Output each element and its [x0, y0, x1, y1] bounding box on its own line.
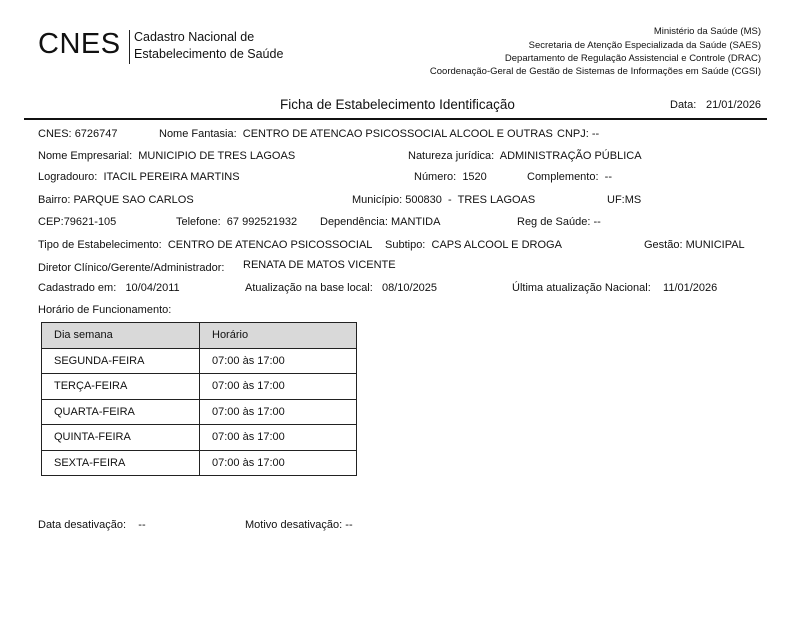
bairro-field: Bairro: PARQUE SAO CARLOS: [38, 194, 194, 206]
document-title: Ficha de Estabelecimento Identificação: [280, 97, 515, 112]
diretor-label: Diretor Clínico/Gerente/Administrador:: [38, 262, 224, 274]
subtipo-field: Subtipo: CAPS ALCOOL E DROGA: [385, 239, 562, 251]
gov-line-ministry: Ministério da Saúde (MS): [654, 26, 761, 37]
gov-line-department: Departamento de Regulação Assistencial e…: [505, 53, 761, 64]
gov-line-secretariat: Secretaria de Atenção Especializada da S…: [529, 40, 761, 51]
nome-fantasia-field: Nome Fantasia: CENTRO DE ATENCAO PSICOSS…: [159, 128, 553, 140]
hours-cell: 07:00 às 17:00: [200, 450, 357, 476]
day-cell: SEGUNDA-FEIRA: [42, 348, 200, 374]
horario-label: Horário de Funcionamento:: [38, 304, 171, 316]
subtitle-line2: Estabelecimento de Saúde: [134, 47, 283, 61]
gov-line-coordination: Coordenação-Geral de Gestão de Sistemas …: [430, 66, 761, 77]
logradouro-field: Logradouro: ITACIL PEREIRA MARTINS: [38, 171, 240, 183]
motivo-desativacao-field: Motivo desativação: --: [245, 519, 353, 531]
diretor-value: RENATA DE MATOS VICENTE: [243, 259, 396, 271]
day-cell: QUARTA-FEIRA: [42, 399, 200, 425]
hours-cell: 07:00 às 17:00: [200, 425, 357, 451]
date-label: Data:: [670, 99, 696, 111]
tipo-estabelecimento-field: Tipo de Estabelecimento: CENTRO DE ATENC…: [38, 239, 372, 251]
table-row: QUARTA-FEIRA 07:00 às 17:00: [42, 399, 357, 425]
complemento-field: Complemento: --: [527, 171, 612, 183]
nome-empresarial-field: Nome Empresarial: MUNICIPIO DE TRES LAGO…: [38, 150, 295, 162]
cadastrado-field: Cadastrado em: 10/04/2011: [38, 282, 180, 294]
uf-field: UF:MS: [607, 194, 641, 206]
cnes-logo: CNES: [38, 28, 121, 61]
hours-cell: 07:00 às 17:00: [200, 399, 357, 425]
hours-table: Dia semana Horário SEGUNDA-FEIRA 07:00 à…: [41, 322, 357, 476]
cnpj-field: CNPJ: --: [557, 128, 599, 140]
subtitle-line1: Cadastro Nacional de: [134, 30, 254, 44]
numero-field: Número: 1520: [414, 171, 487, 183]
logo-divider: [129, 30, 130, 64]
day-cell: QUINTA-FEIRA: [42, 425, 200, 451]
table-row: SEXTA-FEIRA 07:00 às 17:00: [42, 450, 357, 476]
atualizacao-nacional-field: Última atualização Nacional: 11/01/2026: [512, 282, 717, 294]
data-desativacao-field: Data desativação: --: [38, 519, 146, 531]
table-row: QUINTA-FEIRA 07:00 às 17:00: [42, 425, 357, 451]
gestao-field: Gestão: MUNICIPAL: [644, 239, 745, 251]
header-dia-semana: Dia semana: [42, 323, 200, 349]
day-cell: SEXTA-FEIRA: [42, 450, 200, 476]
telefone-field: Telefone: 67 992521932: [176, 216, 297, 228]
cep-field: CEP:79621-105: [38, 216, 116, 228]
header-horario: Horário: [200, 323, 357, 349]
date-value: 21/01/2026: [706, 99, 761, 111]
hours-cell: 07:00 às 17:00: [200, 374, 357, 400]
natureza-juridica-field: Natureza jurídica: ADMINISTRAÇÃO PÚBLICA: [408, 150, 642, 162]
hours-cell: 07:00 às 17:00: [200, 348, 357, 374]
table-row: TERÇA-FEIRA 07:00 às 17:00: [42, 374, 357, 400]
municipio-field: Município: 500830 - TRES LAGOAS: [352, 194, 535, 206]
atualizacao-local-field: Atualização na base local: 08/10/2025: [245, 282, 437, 294]
table-header-row: Dia semana Horário: [42, 323, 357, 349]
header-rule: [24, 118, 767, 120]
table-row: SEGUNDA-FEIRA 07:00 às 17:00: [42, 348, 357, 374]
reg-saude-field: Reg de Saúde: --: [517, 216, 601, 228]
day-cell: TERÇA-FEIRA: [42, 374, 200, 400]
cnes-field: CNES: 6726747: [38, 128, 118, 140]
dependencia-field: Dependência: MANTIDA: [320, 216, 440, 228]
